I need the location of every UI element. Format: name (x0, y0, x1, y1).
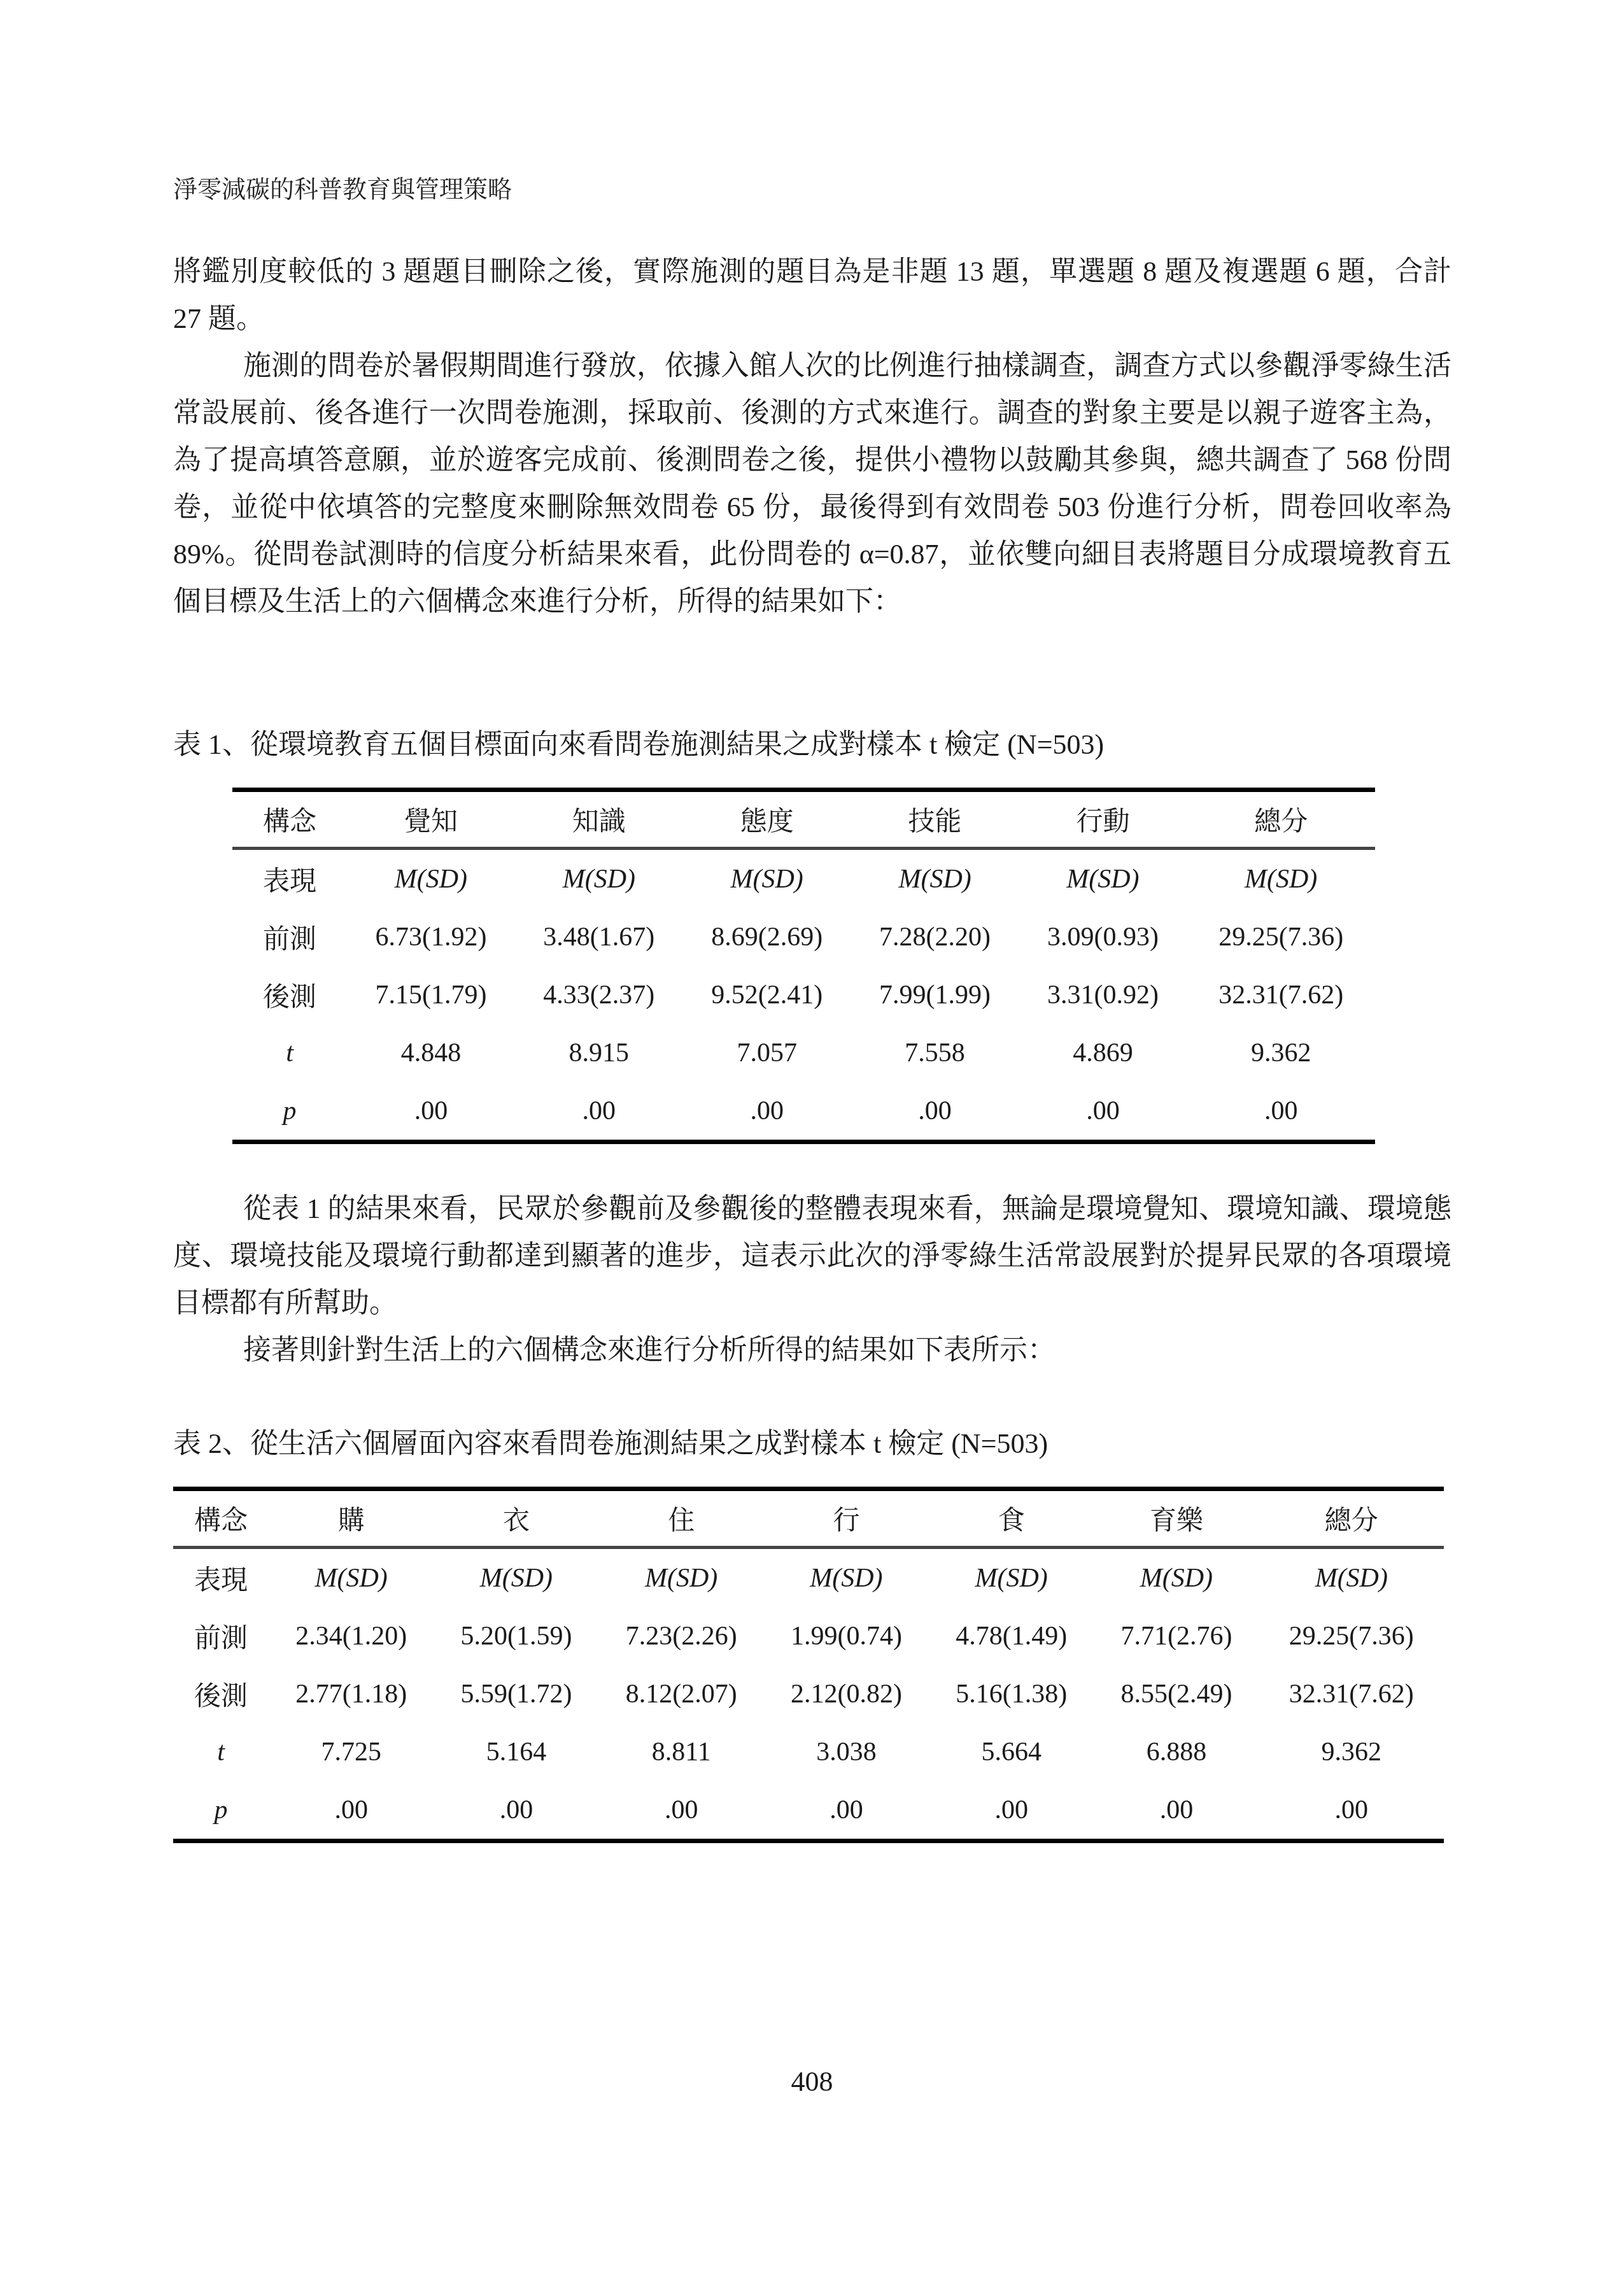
table-cell: 1.99(0.74) (764, 1607, 929, 1665)
table-cell: .00 (1094, 1781, 1259, 1841)
row-label: 後測 (232, 966, 347, 1024)
paragraph-1: 將鑑別度較低的 3 題題目刪除之後，實際施測的題目為是非題 13 題，單選題 8… (173, 248, 1451, 343)
table-cell: 3.31(0.92) (1019, 966, 1187, 1024)
table-row: p.00.00.00.00.00.00 (232, 1082, 1375, 1142)
table2-header-cell: 構念 (173, 1489, 269, 1548)
table1-header-cell: 技能 (851, 790, 1019, 849)
table-cell: .00 (515, 1082, 683, 1142)
table-cell: .00 (764, 1781, 929, 1841)
table2: 構念 購 衣 住 行 食 育樂 總分 表現M(SD)M(SD)M(SD)M(SD… (173, 1487, 1444, 1843)
row-label: t (173, 1723, 269, 1781)
table-cell: 4.33(2.37) (515, 966, 683, 1024)
table-cell: .00 (269, 1781, 434, 1841)
table-cell: 5.664 (929, 1723, 1094, 1781)
table-cell: 32.31(7.62) (1259, 1665, 1444, 1723)
running-head: 淨零減碳的科普教育與管理策略 (173, 173, 512, 206)
table-cell: 9.362 (1259, 1723, 1444, 1781)
table-cell: .00 (599, 1781, 764, 1841)
table-cell: 4.78(1.49) (929, 1607, 1094, 1665)
row-label: p (232, 1082, 347, 1142)
table-cell: 8.12(2.07) (599, 1665, 764, 1723)
table1-header-cell: 知識 (515, 790, 683, 849)
table-cell: 7.99(1.99) (851, 966, 1019, 1024)
table-row: t7.7255.1648.8113.0385.6646.8889.362 (173, 1723, 1444, 1781)
table2-header-cell: 購 (269, 1489, 434, 1548)
table-cell: .00 (347, 1082, 515, 1142)
table-cell: .00 (1259, 1781, 1444, 1841)
table1-header-cell: 態度 (683, 790, 851, 849)
table1-header-row: 構念 覺知 知識 態度 技能 行動 總分 (232, 790, 1375, 849)
table-cell: 7.558 (851, 1024, 1019, 1082)
table-cell: .00 (434, 1781, 598, 1841)
row-label: 前測 (232, 908, 347, 966)
table-cell: 3.09(0.93) (1019, 908, 1187, 966)
table-cell: 29.25(7.36) (1187, 908, 1375, 966)
table2-caption: 表 2、從生活六個層面內容來看問卷施測結果之成對樣本 t 檢定 (N=503) (173, 1425, 1048, 1463)
table-row: 前測2.34(1.20)5.20(1.59)7.23(2.26)1.99(0.7… (173, 1607, 1444, 1665)
table-cell: .00 (1187, 1082, 1375, 1142)
table2-header-cell: 育樂 (1094, 1489, 1259, 1548)
table-cell: 7.15(1.79) (347, 966, 515, 1024)
table-cell: 4.869 (1019, 1024, 1187, 1082)
table2-header-cell: 行 (764, 1489, 929, 1548)
table1-header-cell: 總分 (1187, 790, 1375, 849)
table1-header-cell: 覺知 (347, 790, 515, 849)
intro-text: 將鑑別度較低的 3 題題目刪除之後，實際施測的題目為是非題 13 題，單選題 8… (173, 248, 1451, 625)
table-cell: 7.23(2.26) (599, 1607, 764, 1665)
table-cell: M(SD) (599, 1548, 764, 1608)
paragraph-3: 從表 1 的結果來看，民眾於參觀前及參觀後的整體表現來看，無論是環境覺知、環境知… (173, 1185, 1451, 1327)
table-cell: .00 (1019, 1082, 1187, 1142)
table-row: 後測2.77(1.18)5.59(1.72)8.12(2.07)2.12(0.8… (173, 1665, 1444, 1723)
table-cell: 5.20(1.59) (434, 1607, 598, 1665)
table-row: 表現M(SD)M(SD)M(SD)M(SD)M(SD)M(SD)M(SD) (173, 1548, 1444, 1608)
table2-header-row: 構念 購 衣 住 行 食 育樂 總分 (173, 1489, 1444, 1548)
table-cell: M(SD) (1019, 849, 1187, 909)
table-cell: 3.48(1.67) (515, 908, 683, 966)
table-cell: 2.34(1.20) (269, 1607, 434, 1665)
table1: 構念 覺知 知識 態度 技能 行動 總分 表現M(SD)M(SD)M(SD)M(… (232, 788, 1375, 1144)
table-cell: 2.77(1.18) (269, 1665, 434, 1723)
table-cell: 7.057 (683, 1024, 851, 1082)
table-cell: M(SD) (851, 849, 1019, 909)
table-cell: 5.59(1.72) (434, 1665, 598, 1723)
page-number: 408 (0, 2064, 1624, 2100)
table-cell: 6.73(1.92) (347, 908, 515, 966)
table-cell: 9.52(2.41) (683, 966, 851, 1024)
table-row: 後測7.15(1.79)4.33(2.37)9.52(2.41)7.99(1.9… (232, 966, 1375, 1024)
table-cell: M(SD) (1259, 1548, 1444, 1608)
table-cell: 8.55(2.49) (1094, 1665, 1259, 1723)
table-cell: M(SD) (929, 1548, 1094, 1608)
table-cell: 3.038 (764, 1723, 929, 1781)
table-cell: 8.915 (515, 1024, 683, 1082)
table2-header-cell: 住 (599, 1489, 764, 1548)
table-cell: M(SD) (347, 849, 515, 909)
table-cell: 29.25(7.36) (1259, 1607, 1444, 1665)
table-cell: 5.164 (434, 1723, 598, 1781)
discussion-text: 從表 1 的結果來看，民眾於參觀前及參觀後的整體表現來看，無論是環境覺知、環境知… (173, 1185, 1451, 1374)
table-cell: 8.811 (599, 1723, 764, 1781)
table-cell: .00 (851, 1082, 1019, 1142)
table-cell: 7.28(2.20) (851, 908, 1019, 966)
table2-header-cell: 衣 (434, 1489, 598, 1548)
row-label: 表現 (173, 1548, 269, 1608)
paragraph-2: 施測的問卷於暑假期間進行發放，依據入館人次的比例進行抽樣調查，調查方式以參觀淨零… (173, 343, 1451, 625)
table-cell: 9.362 (1187, 1024, 1375, 1082)
table-cell: M(SD) (269, 1548, 434, 1608)
table1-caption: 表 1、從環境教育五個目標面向來看問卷施測結果之成對樣本 t 檢定 (N=503… (173, 726, 1104, 764)
row-label: 後測 (173, 1665, 269, 1723)
table-cell: 7.71(2.76) (1094, 1607, 1259, 1665)
table-cell: 7.725 (269, 1723, 434, 1781)
table2-header-cell: 食 (929, 1489, 1094, 1548)
table1-body: 表現M(SD)M(SD)M(SD)M(SD)M(SD)M(SD)前測6.73(1… (232, 849, 1375, 1142)
table-cell: 5.16(1.38) (929, 1665, 1094, 1723)
row-label: 前測 (173, 1607, 269, 1665)
table-cell: .00 (683, 1082, 851, 1142)
table1-header-cell: 構念 (232, 790, 347, 849)
row-label: 表現 (232, 849, 347, 909)
table-cell: 2.12(0.82) (764, 1665, 929, 1723)
table2-header-cell: 總分 (1259, 1489, 1444, 1548)
table-cell: .00 (929, 1781, 1094, 1841)
table-cell: M(SD) (515, 849, 683, 909)
table-cell: M(SD) (434, 1548, 598, 1608)
row-label: p (173, 1781, 269, 1841)
table-row: 表現M(SD)M(SD)M(SD)M(SD)M(SD)M(SD) (232, 849, 1375, 909)
table1-header-cell: 行動 (1019, 790, 1187, 849)
table-row: p.00.00.00.00.00.00.00 (173, 1781, 1444, 1841)
table2-body: 表現M(SD)M(SD)M(SD)M(SD)M(SD)M(SD)M(SD)前測2… (173, 1548, 1444, 1841)
table-cell: M(SD) (1187, 849, 1375, 909)
table-cell: 6.888 (1094, 1723, 1259, 1781)
table-cell: 4.848 (347, 1024, 515, 1082)
table-cell: M(SD) (683, 849, 851, 909)
table-row: t4.8488.9157.0577.5584.8699.362 (232, 1024, 1375, 1082)
table-row: 前測6.73(1.92)3.48(1.67)8.69(2.69)7.28(2.2… (232, 908, 1375, 966)
paragraph-4: 接著則針對生活上的六個構念來進行分析所得的結果如下表所示： (173, 1327, 1451, 1374)
table-cell: M(SD) (1094, 1548, 1259, 1608)
table-cell: 8.69(2.69) (683, 908, 851, 966)
table-cell: 32.31(7.62) (1187, 966, 1375, 1024)
row-label: t (232, 1024, 347, 1082)
table-cell: M(SD) (764, 1548, 929, 1608)
